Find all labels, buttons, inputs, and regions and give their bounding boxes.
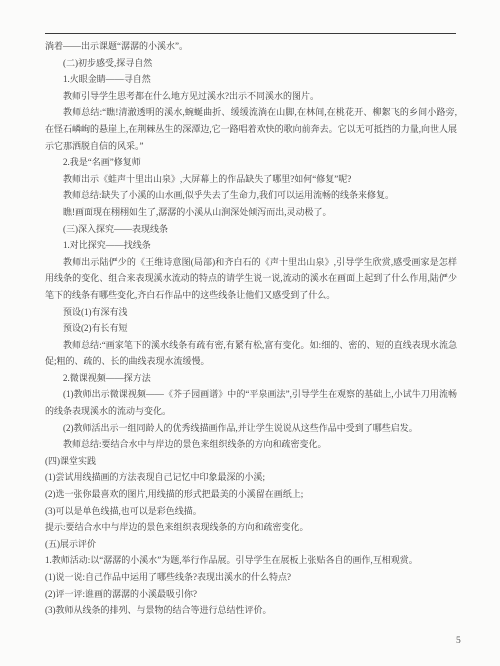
page-number: 5: [456, 636, 461, 646]
paragraph: 教师出示陆俨少的《王维诗意图(局部)和齐白石的《声十里出山泉》,引导学生欣赏,感…: [45, 254, 457, 304]
paragraph: 提示:要结合水中与岸边的景色来组织表现线条的方向和疏密变化。: [45, 519, 457, 536]
paragraph: 2.我是“名画”修复师: [45, 154, 457, 171]
paragraph: (四)课堂实践: [45, 453, 457, 470]
paragraph: (2)选一张你最喜欢的图片,用线描的形式把最美的小溪留在画纸上;: [45, 486, 457, 503]
document-page: 淌着——出示课题“潺潺的小溪水”。(二)初步感受,探寻自然1.火眼金睛——寻自然…: [0, 0, 500, 666]
header-divider-line: [45, 33, 456, 34]
paragraph: 1.对比探究——找线条: [45, 237, 457, 254]
paragraph: (1)教师出示微课视频——《芥子园画谱》中的“平泉画法”,引导学生在观察的基础上…: [45, 386, 457, 419]
paragraph: 预设(2)有长有短: [45, 320, 457, 337]
paragraph: 教师总结:“瞧!清澈透明的溪水,蜿蜒曲折、缓缓流淌在山脚,在林间,在桃花开、柳絮…: [45, 104, 457, 154]
paragraph: (2)评一评:谁画的潺潺的小溪最吸引你?: [45, 586, 457, 603]
paragraph: 1.火眼金睛——寻自然: [45, 71, 457, 88]
paragraph: 教师引导学生思考都在什么地方见过溪水?出示不同溪水的图片。: [45, 88, 457, 105]
paragraph: 教师出示《蛙声十里出山泉》,大屏幕上的作品缺失了哪里?如何“修复”呢?: [45, 171, 457, 188]
paragraph: (3)可以是单色线描,也可以是彩色线描。: [45, 503, 457, 520]
document-body: 淌着——出示课题“潺潺的小溪水”。(二)初步感受,探寻自然1.火眼金睛——寻自然…: [45, 38, 457, 619]
paragraph: (1)尝试用线描画的方法表现自己记忆中印象最深的小溪;: [45, 469, 457, 486]
paragraph: 预设(1)有深有浅: [45, 304, 457, 321]
paragraph: 教师总结:“画家笔下的溪水线条有疏有密,有紧有松,富有变化。如:细的、密的、短的…: [45, 337, 457, 370]
paragraph: (2)教师活出示一组同龄人的优秀线描画作品,并让学生说说从这些作品中受到了哪些启…: [45, 420, 457, 437]
paragraph: 2.微课视频——探方法: [45, 370, 457, 387]
paragraph: 瞧!画面现在栩栩如生了,潺潺的小溪从山涧深处倾泻而出,灵动极了。: [45, 204, 457, 221]
paragraph: (1)说一说:自己作品中运用了哪些线条?表现出溪水的什么特点?: [45, 569, 457, 586]
paragraph: 教师总结:缺失了小溪的山水画,似乎失去了生命力,我们可以运用流畅的线条来修复。: [45, 187, 457, 204]
paragraph: 教师总结:要结合水中与岸边的景色来组织线条的方向和疏密变化。: [45, 436, 457, 453]
paragraph: (五)展示评价: [45, 536, 457, 553]
paragraph: (二)初步感受,探寻自然: [45, 55, 457, 72]
paragraph: 1.教师活动:以“潺潺的小溪水”为题,举行作品展。引导学生在展板上张贴各自的画作…: [45, 552, 457, 569]
paragraph: (三)深入探究——表现线条: [45, 221, 457, 238]
paragraph: (3)教师从线条的排列、与景物的结合等进行总结性评价。: [45, 602, 457, 619]
paragraph: 淌着——出示课题“潺潺的小溪水”。: [45, 38, 457, 55]
